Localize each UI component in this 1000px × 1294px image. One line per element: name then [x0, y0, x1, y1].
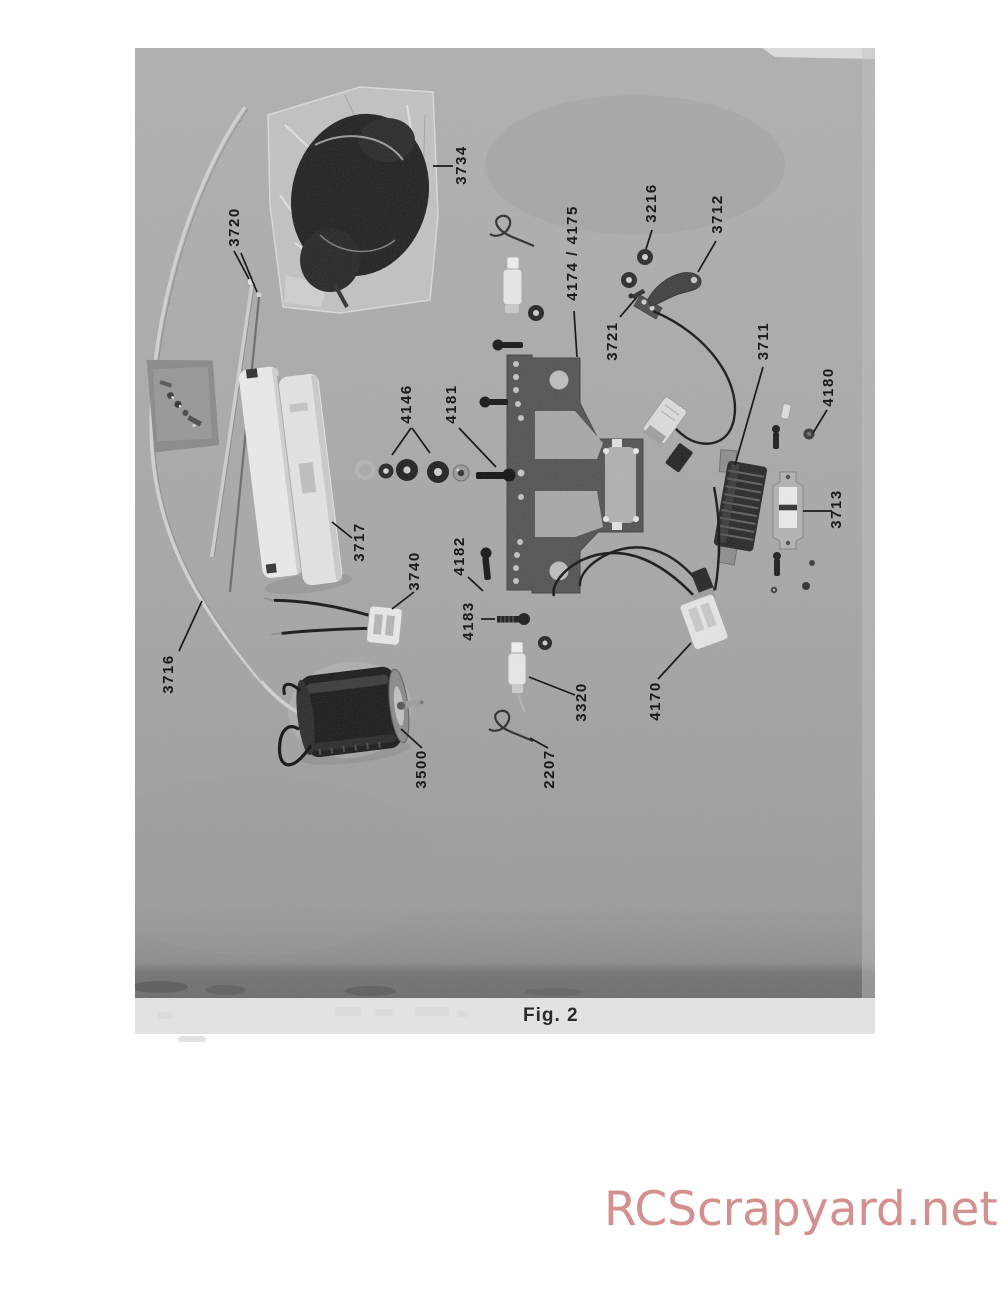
- parts-photo: 3734 3720 4174 / 4175 3216 3712 3721 371…: [135, 45, 875, 998]
- part-label-3713: 3713: [828, 489, 845, 528]
- part-label-4181: 4181: [443, 384, 460, 423]
- part-label-3500: 3500: [413, 749, 430, 788]
- scan-smudge: [457, 1011, 469, 1017]
- part-label-4183: 4183: [460, 601, 477, 640]
- scan-smudge: [415, 1007, 449, 1016]
- part-label-3716: 3716: [160, 654, 177, 693]
- part-label-3712: 3712: [709, 194, 726, 233]
- part-label-3711: 3711: [755, 322, 772, 361]
- part-label-4180: 4180: [820, 367, 837, 406]
- figure-caption: Fig. 2: [523, 1005, 579, 1027]
- part-label-4170: 4170: [647, 681, 664, 720]
- scan-smudge: [335, 1007, 361, 1016]
- part-label-3717: 3717: [351, 522, 368, 561]
- watermark: RCScrapyard.net: [604, 1182, 998, 1237]
- part-label-4146: 4146: [398, 384, 415, 423]
- part-label-3720: 3720: [226, 207, 243, 246]
- part-label-3721: 3721: [604, 321, 621, 360]
- part-label-2207: 2207: [541, 749, 558, 788]
- scan-smudge: [157, 1012, 173, 1019]
- part-label-3734: 3734: [453, 145, 470, 184]
- part-label-3740: 3740: [406, 551, 423, 590]
- manual-page: 3734 3720 4174 / 4175 3216 3712 3721 371…: [0, 0, 1000, 1294]
- caption-strip: Fig. 2: [135, 998, 875, 1034]
- scan-smudge: [178, 1036, 206, 1042]
- photo-grain-overlay: [135, 48, 875, 998]
- scan-smudge: [375, 1009, 393, 1016]
- part-label-4182: 4182: [451, 536, 468, 575]
- part-label-4174-4175: 4174 / 4175: [564, 205, 581, 301]
- part-label-3320: 3320: [573, 682, 590, 721]
- part-label-3216: 3216: [643, 183, 660, 222]
